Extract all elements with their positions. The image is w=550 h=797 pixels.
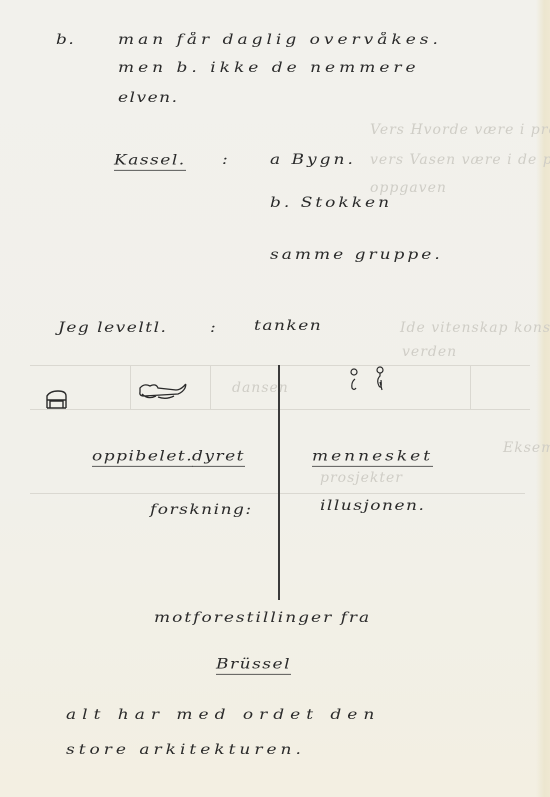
jeg-heading: Jeg leveltl.	[58, 320, 167, 336]
kassel-item-a: a Bygn.	[270, 152, 356, 168]
left-heading-2: dyret	[192, 448, 245, 466]
kassel-item-c: samme gruppe.	[270, 247, 443, 263]
bleed-through-rule	[470, 365, 471, 409]
kassel-heading: Kassel.	[114, 152, 186, 170]
figure-sketch-icon	[374, 366, 386, 394]
kassel-item-b: b. Stokken	[270, 195, 392, 211]
bleed-through-text: verden	[402, 344, 457, 360]
bleed-through-rule	[130, 365, 131, 409]
bleed-through-text: Vers Hvorde være i prosjekt ?	[370, 122, 550, 138]
bleed-through-text: dansen	[232, 380, 289, 396]
vertical-divider	[278, 365, 280, 600]
item-label: b.	[56, 32, 75, 48]
bleed-through-text: Ide vitenskap konseptet teori lypp	[400, 320, 550, 336]
bottom-city: Brüssel	[216, 656, 291, 674]
note-line: men b. ikke de nemmere	[118, 60, 420, 76]
jeg-value: tanken	[254, 318, 322, 334]
figure-sketch-icon	[348, 368, 360, 392]
bleed-through-text: oppgaven	[370, 180, 447, 196]
bleed-through-rule	[30, 409, 530, 410]
bleed-through-text: prosjekter	[320, 470, 403, 486]
bottom-line: motforestillinger fra	[154, 610, 371, 626]
page-edge-shadow	[536, 0, 550, 797]
bleed-through-text: vers Vasen være i de prosjektene	[370, 152, 550, 168]
note-line: elven.	[118, 90, 179, 106]
left-heading-1: oppibelet.	[92, 448, 193, 466]
bottom-line: alt har med ordet den	[66, 707, 380, 723]
animal-sketch-icon	[136, 380, 190, 404]
note-line: man får daglig overvåkes.	[118, 32, 442, 48]
bleed-through-rule	[30, 365, 530, 366]
notebook-page: Vers Hvorde være i prosjekt ? vers Vasen…	[0, 0, 550, 797]
left-sub: forskning:	[150, 502, 253, 518]
bleed-through-rule	[210, 365, 211, 409]
bleed-through-text: Eksem	[503, 440, 550, 456]
kassel-colon: :	[222, 152, 229, 168]
bottom-line: store arkitekturen.	[66, 742, 305, 758]
jeg-colon: :	[210, 320, 217, 336]
hut-sketch-icon	[44, 388, 70, 412]
right-sub: illusjonen.	[320, 498, 425, 514]
right-heading: mennesket	[312, 448, 433, 466]
